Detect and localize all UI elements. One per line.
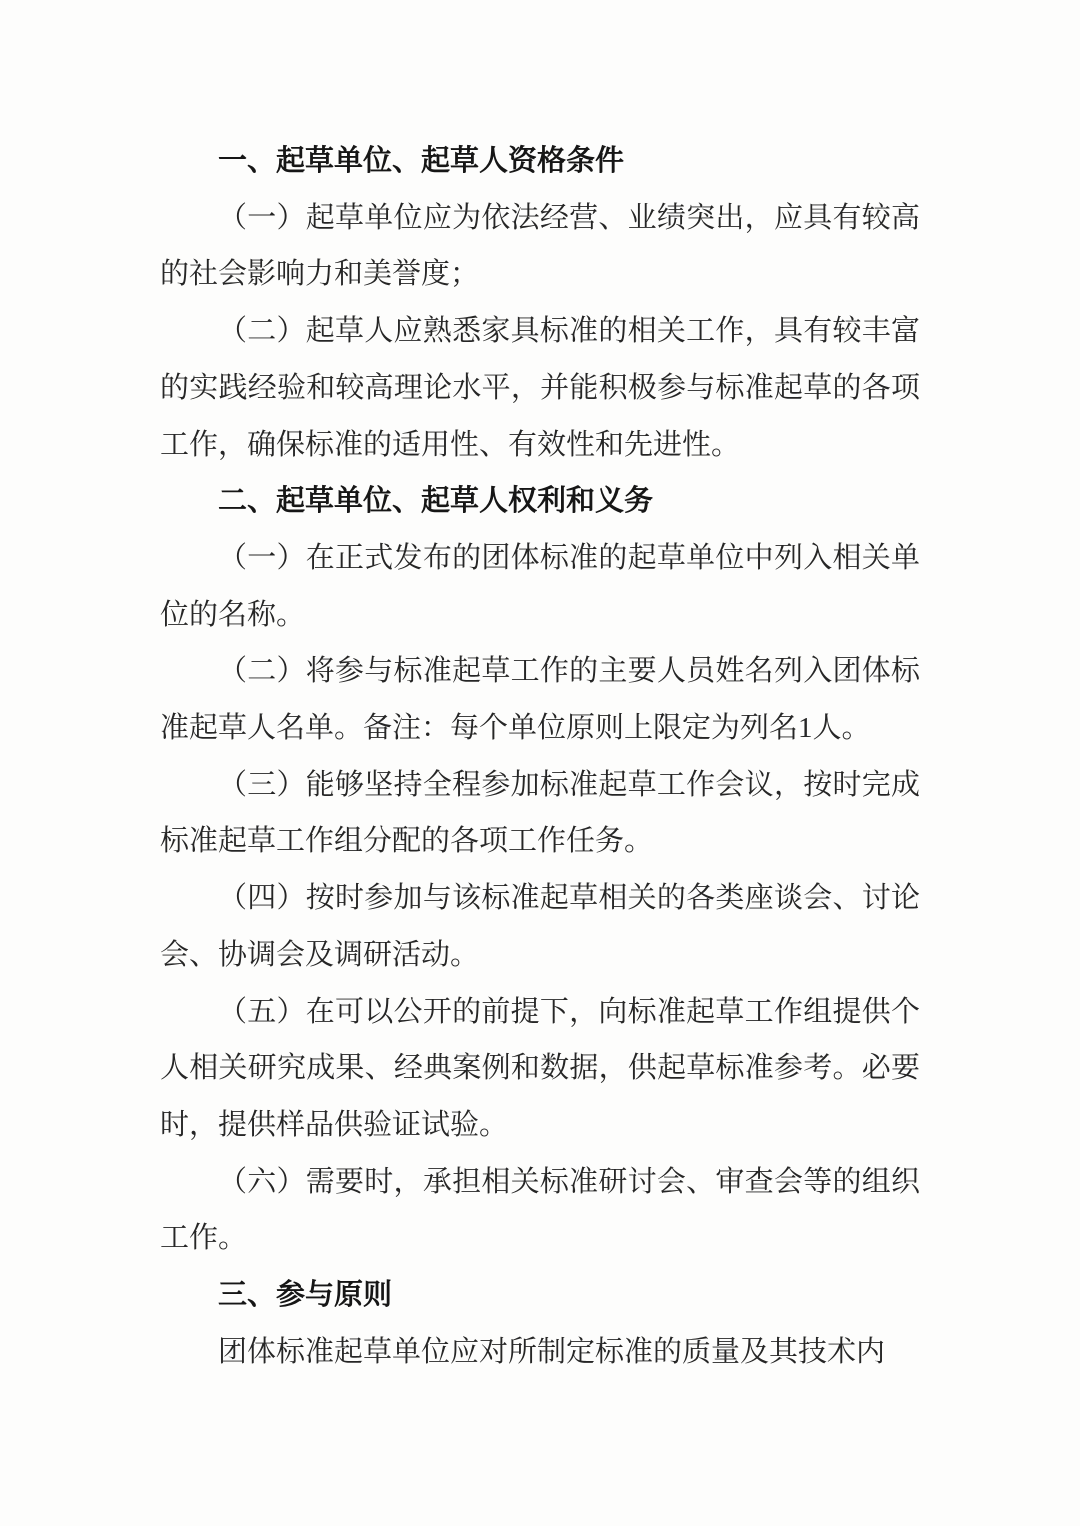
heading-drafter-qualifications: 一、起草单位、起草人资格条件	[160, 133, 920, 190]
para-rights-item-5: （五）在可以公开的前提下，向标准起草工作组提供个人相关研究成果、经典案例和数据，…	[160, 984, 920, 1154]
para-rights-item-1: （一）在正式发布的团体标准的起草单位中列入相关单位的名称。	[160, 530, 920, 643]
para-qualification-item-2: （二）起草人应熟悉家具标准的相关工作，具有较丰富的实践经验和较高理论水平，并能积…	[160, 303, 920, 473]
para-rights-item-4: （四）按时参加与该标准起草相关的各类座谈会、讨论会、协调会及调研活动。	[160, 870, 920, 983]
para-rights-item-3: （三）能够坚持全程参加标准起草工作会议，按时完成标准起草工作组分配的各项工作任务…	[160, 757, 920, 870]
para-rights-item-6: （六）需要时，承担相关标准研讨会、审查会等的组织工作。	[160, 1154, 920, 1267]
para-qualification-item-1: （一）起草单位应为依法经营、业绩突出，应具有较高的社会影响力和美誉度；	[160, 190, 920, 303]
scanned-document-page: 一、起草单位、起草人资格条件 （一）起草单位应为依法经营、业绩突出，应具有较高的…	[0, 0, 1080, 1526]
heading-participation-principle: 三、参与原则	[160, 1267, 920, 1324]
para-rights-item-2: （二）将参与标准起草工作的主要人员姓名列入团体标准起草人名单。备注：每个单位原则…	[160, 643, 920, 756]
para-principle-intro-truncated: 团体标准起草单位应对所制定标准的质量及其技术内	[160, 1324, 920, 1381]
heading-rights-and-obligations: 二、起草单位、起草人权利和义务	[160, 473, 920, 530]
document-text-block: 一、起草单位、起草人资格条件 （一）起草单位应为依法经营、业绩突出，应具有较高的…	[160, 133, 920, 1380]
